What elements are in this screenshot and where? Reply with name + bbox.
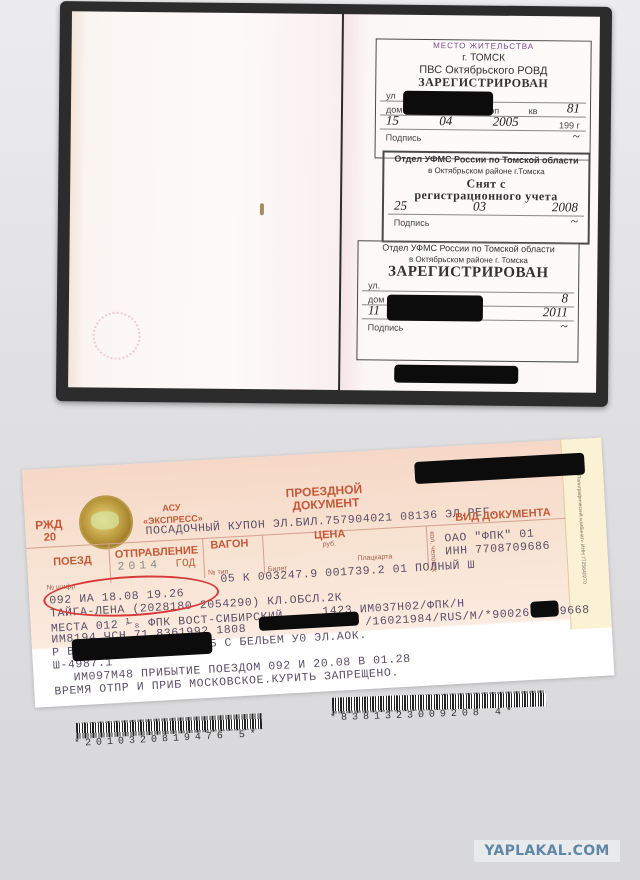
ticket-line: 05 К 003247.9 001739.2 01 ПОЛНЫЙ Ш — [220, 559, 475, 586]
redaction — [403, 91, 493, 116]
staple — [260, 203, 264, 215]
train-ticket: ООО «Полиграфический комбинат» ИНН 77256… — [22, 438, 614, 708]
rzd-code: 20 — [43, 531, 56, 544]
passport-booklet: МЕСТО ЖИТЕЛЬСТВА г. ТОМСК ПВС Октябрьско… — [56, 1, 612, 407]
redaction — [394, 365, 518, 384]
passport-left-page — [68, 11, 342, 390]
train-header: ПОЕЗД — [53, 554, 92, 568]
signature-field: Подпись~ — [362, 319, 574, 334]
year-value: 2014 — [117, 558, 161, 573]
redaction — [387, 295, 483, 322]
rosette-watermark — [92, 311, 141, 360]
passport-right-page: МЕСТО ЖИТЕЛЬСТВА г. ТОМСК ПВС Октябрьско… — [340, 14, 600, 393]
signature-field: Подпись~ — [380, 129, 586, 144]
asu-label: АСУ — [162, 501, 181, 514]
site-watermark: YAPLAKAL.COM — [474, 840, 620, 862]
redaction — [414, 453, 585, 484]
car-header: ВАГОН — [210, 537, 249, 551]
deregistration-stamp: Отдел УФМС России по Томской области в О… — [382, 151, 591, 245]
signature-field: Подпись~ — [388, 215, 584, 230]
price-header: ЦЕНА — [314, 528, 346, 542]
redaction — [530, 600, 559, 618]
doc-title: ДОКУМЕНТ — [292, 496, 360, 512]
rzd-label: РЖД — [35, 518, 63, 532]
